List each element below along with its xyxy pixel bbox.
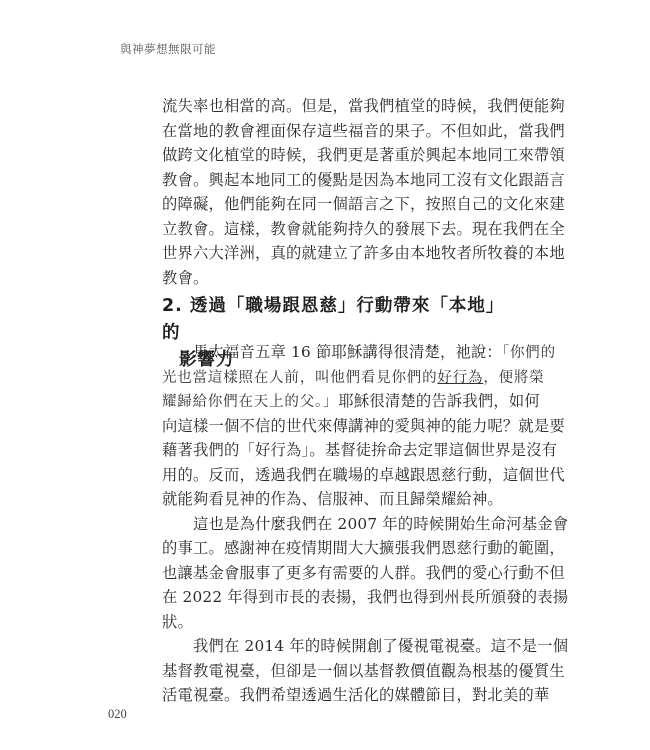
text-line: 做跨文化植堂的時候，我們更是著重於興起本地同工來帶領 bbox=[162, 143, 490, 168]
text-line: 耀歸給你們在天上的父。」耶穌很清楚的告訴我們，如何 bbox=[162, 389, 492, 414]
text-line: 光也當這樣照在人前，叫他們看見你們的好行為，便將榮 bbox=[162, 365, 492, 390]
paragraph-3: 這也是為什麼我們在 2007 年的時候開始生命河基金會 的事工。感謝神在疫情期間… bbox=[162, 512, 492, 635]
text-line: 用的。反而，透過我們在職場的卓越跟恩慈行動，這個世代 bbox=[162, 463, 492, 488]
scripture-quote: 耀歸給你們在天上的父。」 bbox=[162, 394, 338, 410]
text-line: 藉著我們的「好行為」。基督徒拚命去定罪這個世界是沒有 bbox=[162, 438, 492, 463]
text-line: 也讓基金會服事了更多有需要的人群。我們的愛心行動不但 bbox=[162, 561, 492, 586]
text-line: 這也是為什麼我們在 2007 年的時候開始生命河基金會 bbox=[162, 512, 492, 537]
text-line: 在當地的教會裡面保存這些福音的果子。不但如此，當我們 bbox=[162, 119, 490, 144]
text-line: 活電視臺。我們希望透過生活化的媒體節目，對北美的華 bbox=[162, 683, 492, 708]
page-number: 020 bbox=[108, 707, 127, 722]
text-line: 教會。 bbox=[162, 266, 490, 291]
paragraph-1: 流失率也相當的高。但是，當我們植堂的時候，我們便能夠 在當地的教會裡面保存這些福… bbox=[162, 94, 490, 290]
text-line: 立教會。這樣，教會就能夠持久的發展下去。現在我們在全 bbox=[162, 217, 490, 242]
scripture-quote: 光也當這樣照在人前，叫他們看見你們的 bbox=[162, 370, 437, 386]
text-line: 的事工。感謝神在疫情期間大大擴張我們恩慈行動的範圍， bbox=[162, 536, 492, 561]
section-heading-line-1: 2. 透過「職場跟恩慈」行動帶來「本地」的 bbox=[162, 293, 502, 347]
text-line: 在 2022 年得到市長的表揚，我們也得到州長所頒發的表揚 bbox=[162, 585, 492, 610]
text-line: 馬太福音五章 16 節耶穌講得很清楚，祂說：「你們的 bbox=[162, 340, 492, 365]
scripture-quote: ，便將榮 bbox=[483, 370, 544, 386]
text: 馬太福音五章 16 節耶穌講得很清楚，祂說： bbox=[193, 343, 502, 361]
text-line: 基督教電視臺，但卻是一個以基督教價值觀為根基的優質生 bbox=[162, 659, 492, 684]
text-line: 就能夠看見神的作為、信服神、而且歸榮耀給神。 bbox=[162, 487, 492, 512]
section-body: 馬太福音五章 16 節耶穌講得很清楚，祂說：「你們的 光也當這樣照在人前，叫他們… bbox=[162, 340, 492, 708]
text: 耶穌很清楚的告訴我們，如何 bbox=[338, 392, 539, 410]
paragraph-2: 馬太福音五章 16 節耶穌講得很清楚，祂說：「你們的 光也當這樣照在人前，叫他們… bbox=[162, 340, 492, 512]
text-line: 流失率也相當的高。但是，當我們植堂的時候，我們便能夠 bbox=[162, 94, 490, 119]
text-line: 世界六大洋洲，真的就建立了許多由本地牧者所牧養的本地 bbox=[162, 241, 490, 266]
text-line: 狀。 bbox=[162, 610, 492, 635]
text-line: 教會。興起本地同工的優點是因為本地同工沒有文化跟語言 bbox=[162, 168, 490, 193]
scripture-quote-underlined: 好行為 bbox=[437, 370, 483, 386]
paragraph-4: 我們在 2014 年的時候開創了優視電視臺。這不是一個 基督教電視臺，但卻是一個… bbox=[162, 634, 492, 708]
text-line: 我們在 2014 年的時候開創了優視電視臺。這不是一個 bbox=[162, 634, 492, 659]
text-line: 的障礙，他們能夠在同一個語言之下，按照自己的文化來建 bbox=[162, 192, 490, 217]
scripture-quote: 「你們的 bbox=[502, 345, 556, 361]
running-head: 與神夢想無限可能 bbox=[120, 41, 216, 57]
text-line: 向這樣一個不信的世代來傳講神的愛與神的能力呢？就是要 bbox=[162, 414, 492, 439]
